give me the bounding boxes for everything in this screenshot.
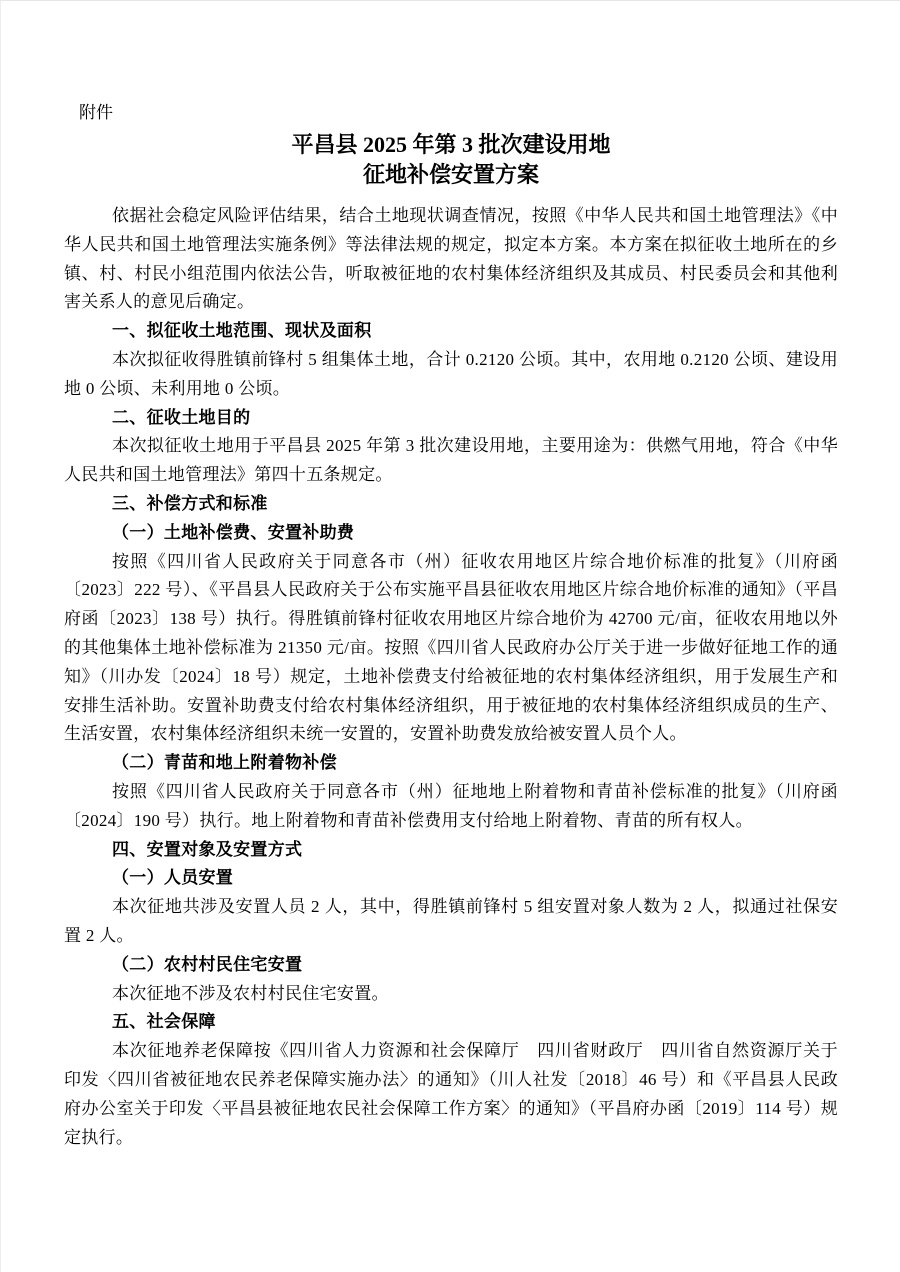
section-2-heading: 二、征收土地目的 [64, 404, 838, 433]
section-4-subsection-1-heading: （一）人员安置 [64, 864, 838, 893]
section-1-paragraph: 本次拟征收得胜镇前锋村 5 组集体土地，合计 0.2120 公顷。其中，农用地 … [64, 346, 838, 404]
section-4-heading: 四、安置对象及安置方式 [64, 836, 838, 865]
document-title: 平昌县 2025 年第 3 批次建设用地 征地补偿安置方案 [64, 130, 838, 190]
document-page: 附件 平昌县 2025 年第 3 批次建设用地 征地补偿安置方案 依据社会稳定风… [0, 0, 900, 1272]
document-title-line-2: 征地补偿安置方案 [64, 160, 838, 190]
section-4-subsection-2-paragraph: 本次征地不涉及农村村民住宅安置。 [64, 980, 838, 1009]
section-2-paragraph: 本次拟征收土地用于平昌县 2025 年第 3 批次建设用地，主要用途为：供燃气用… [64, 432, 838, 490]
section-4-subsection-1-paragraph: 本次征地共涉及安置人员 2 人，其中，得胜镇前锋村 5 组安置对象人数为 2 人… [64, 893, 838, 951]
section-1-heading: 一、拟征收土地范围、现状及面积 [64, 317, 838, 346]
document-title-line-1: 平昌县 2025 年第 3 批次建设用地 [64, 130, 838, 160]
section-4-subsection-2-heading: （二）农村村民住宅安置 [64, 951, 838, 980]
section-3-heading: 三、补偿方式和标准 [64, 490, 838, 519]
intro-paragraph: 依据社会稳定风险评估结果，结合土地现状调查情况，按照《中华人民共和国土地管理法》… [64, 202, 838, 317]
attachment-label: 附件 [64, 101, 838, 125]
section-3-subsection-1-paragraph: 按照《四川省人民政府关于同意各市（州）征收农用地区片综合地价标准的批复》（川府函… [64, 548, 838, 750]
document-body: 依据社会稳定风险评估结果，结合土地现状调查情况，按照《中华人民共和国土地管理法》… [64, 202, 838, 1152]
section-5-heading: 五、社会保障 [64, 1008, 838, 1037]
section-3-subsection-2-heading: （二）青苗和地上附着物补偿 [64, 749, 838, 778]
section-5-paragraph: 本次征地养老保障按《四川省人力资源和社会保障厅 四川省财政厅 四川省自然资源厅关… [64, 1037, 838, 1152]
section-3-subsection-2-paragraph: 按照《四川省人民政府关于同意各市（州）征地地上附着物和青苗补偿标准的批复》（川府… [64, 778, 838, 836]
section-3-subsection-1-heading: （一）土地补偿费、安置补助费 [64, 519, 838, 548]
